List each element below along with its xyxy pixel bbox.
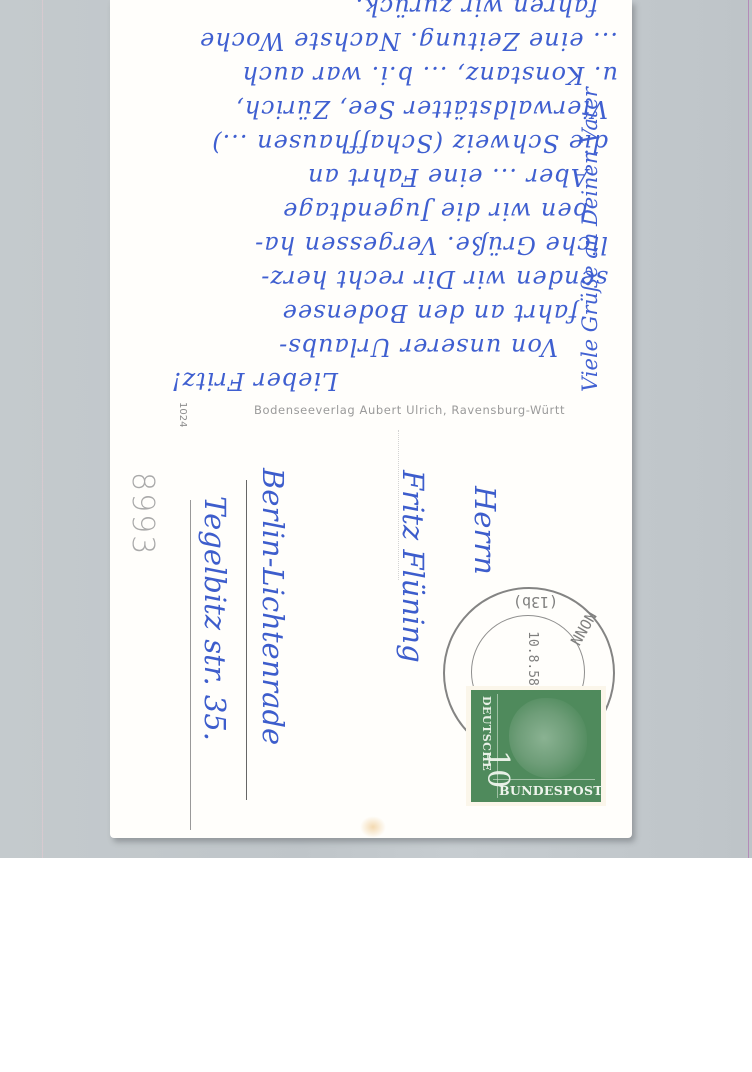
handwritten-message: Lieber Fritz! Von unserer Urlaubs- fahrt… bbox=[118, 0, 618, 395]
address-underline bbox=[190, 500, 191, 830]
message-line: ... eine Zeitung. Nachste Woche bbox=[118, 21, 618, 55]
postmark-code: (13b) bbox=[513, 593, 558, 611]
message-line: die Schweiz (Schaffhausen ...) bbox=[118, 123, 618, 157]
address-street: Tegelbitz str. 35. bbox=[198, 496, 232, 741]
message-line: fahrt an den Bodensee bbox=[118, 293, 618, 327]
stamp-face: DEUTSCHE 10 BUNDESPOST bbox=[471, 690, 601, 802]
stamp-issuer: BUNDESPOST bbox=[499, 783, 603, 798]
message-line: u. Konstanz, ... b.i. war auch bbox=[118, 55, 618, 89]
address-salutation: Herrn bbox=[468, 486, 502, 575]
address-city: Berlin-Lichtenrade bbox=[256, 468, 290, 745]
message-line: ben wir die Jugendtage bbox=[118, 191, 618, 225]
address-name: Fritz Flüning bbox=[396, 470, 430, 663]
catalog-number: 1024 bbox=[177, 402, 188, 427]
address-underline bbox=[246, 480, 247, 800]
message-line: Aber ... eine Fahrt an bbox=[118, 157, 618, 191]
message-line: Vierwaldstätter See, Zürich, bbox=[118, 89, 618, 123]
message-line: Von unserer Urlaubs- bbox=[118, 327, 618, 361]
scan-artifact-line bbox=[42, 0, 43, 858]
message-line: Lieber Fritz! bbox=[118, 361, 618, 395]
message-line: senden wir Dir recht herz- bbox=[118, 259, 618, 293]
message-line: fahren wir zurück. bbox=[118, 0, 618, 21]
message-line: liche Grüße. Vergessen ha- bbox=[118, 225, 618, 259]
scan-artifact-line bbox=[748, 0, 749, 858]
postmark-town: NONN bbox=[566, 608, 600, 648]
publisher-imprint: Bodenseeverlag Aubert Ulrich, Ravensburg… bbox=[254, 403, 565, 417]
side-note: Viele Grüße an Deinen Vater bbox=[578, 87, 602, 392]
pencil-number: 8993 bbox=[125, 472, 160, 556]
stamp-portrait bbox=[509, 698, 587, 778]
postmark-date: 10.8.58 bbox=[525, 631, 540, 686]
postage-stamp: DEUTSCHE 10 BUNDESPOST bbox=[466, 686, 606, 806]
